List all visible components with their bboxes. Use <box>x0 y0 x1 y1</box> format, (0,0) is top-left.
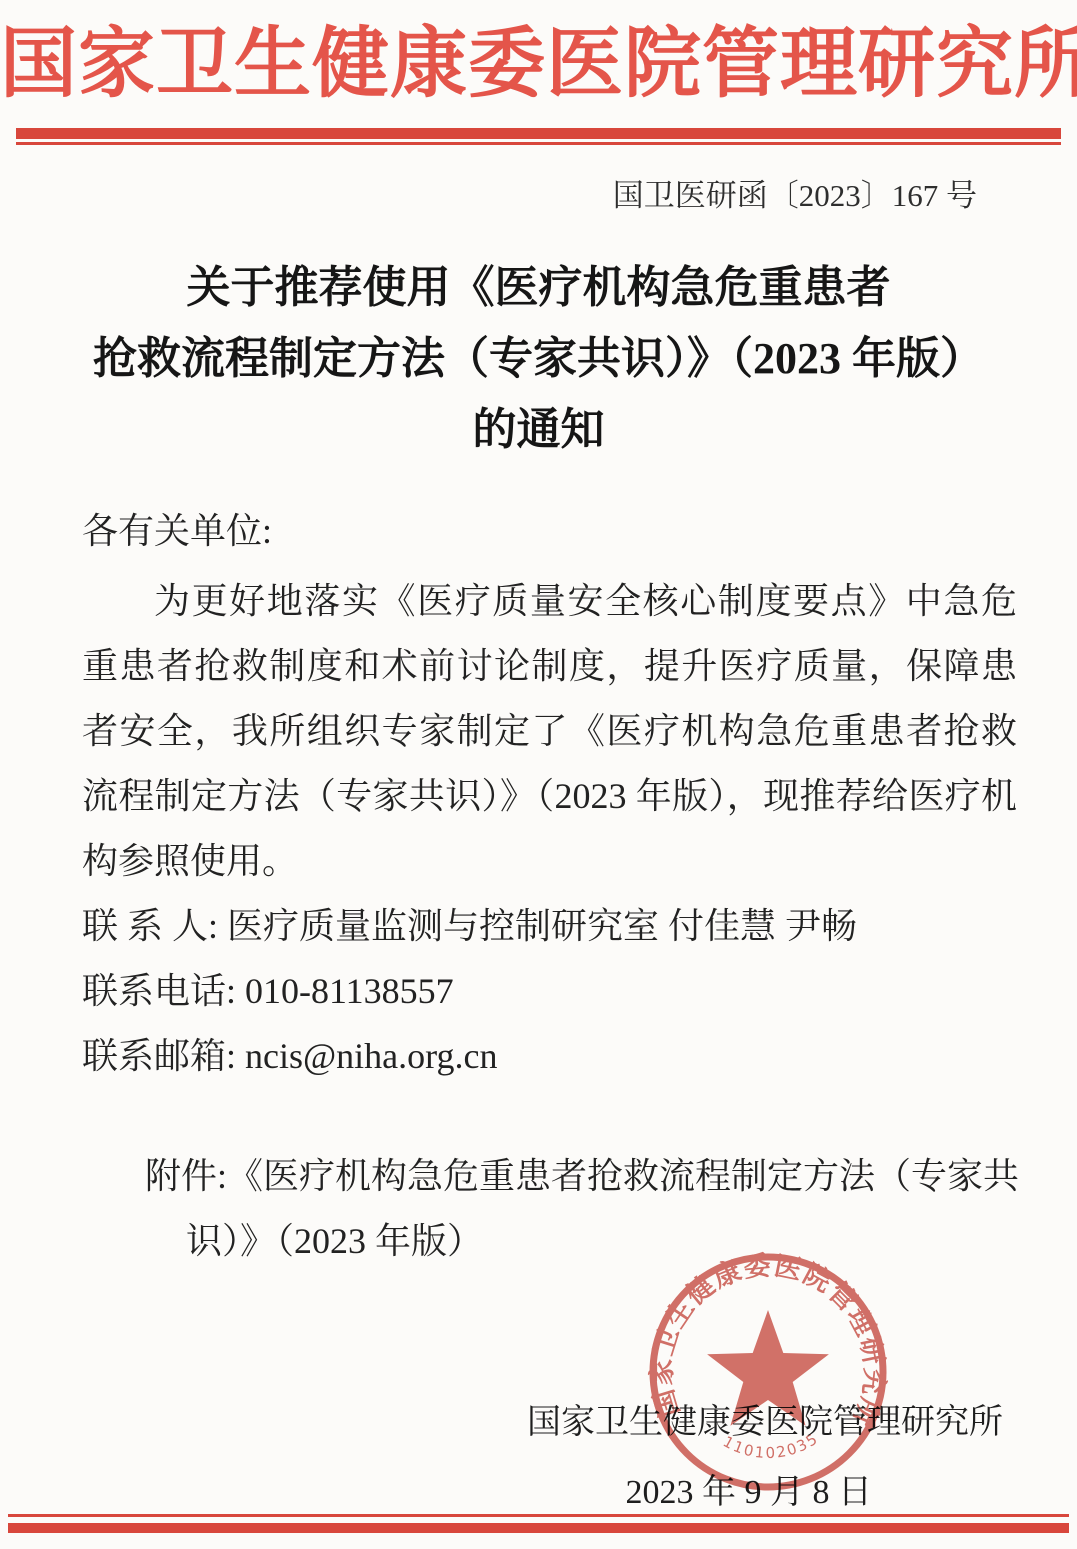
signature-org-name: 国家卫生健康委医院管理研究所 <box>0 1403 1077 1443</box>
divider-thin-line <box>16 142 1061 145</box>
main-paragraph: 为更好地落实《医疗质量安全核心制度要点》中急危重患者抢救制度和术前讨论制度，提升… <box>82 569 1017 894</box>
notice-title-line-2: 抢救流程制定方法（专家共识）》（2023 年版） <box>0 323 1077 394</box>
document-number: 国卫医研函〔2023〕167 号 <box>0 176 1077 216</box>
contact-phone: 联系电话: 010-81138557 <box>82 959 1017 1024</box>
letterhead-divider <box>16 128 1061 145</box>
signature-date: 2023 年 9 月 8 日 <box>0 1473 1077 1513</box>
attachment-label: 附件: <box>145 1156 227 1196</box>
contact-email: 联系邮箱: ncis@niha.org.cn <box>82 1024 1017 1089</box>
footer-divider <box>8 1514 1069 1533</box>
letterhead-org-name: 国家卫生健康委医院管理研究所 <box>0 18 1077 110</box>
official-notice-document: 国家卫生健康委医院管理研究所 国卫医研函〔2023〕167 号 关于推荐使用《医… <box>0 0 1077 1549</box>
notice-title: 关于推荐使用《医疗机构急危重患者 抢救流程制定方法（专家共识）》（2023 年版… <box>0 252 1077 465</box>
footer-thick-line <box>8 1523 1069 1533</box>
seal-ring <box>653 1257 883 1487</box>
notice-title-line-3: 的通知 <box>0 394 1077 465</box>
divider-thick-line <box>16 128 1061 139</box>
footer-thin-line <box>8 1514 1069 1517</box>
notice-title-line-1: 关于推荐使用《医疗机构急危重患者 <box>0 252 1077 323</box>
attachment-line: 附件:《医疗机构急危重患者抢救流程制定方法（专家共识）》（2023 年版） <box>82 1144 1045 1274</box>
salutation: 各有关单位: <box>82 499 1017 564</box>
notice-body: 各有关单位: 为更好地落实《医疗质量安全核心制度要点》中急危重患者抢救制度和术前… <box>0 499 1077 1274</box>
attachment-title: 《医疗机构急危重患者抢救流程制定方法（专家共识）》（2023 年版） <box>186 1156 1019 1261</box>
contact-person: 联 系 人: 医疗质量监测与控制研究室 付佳慧 尹畅 <box>82 894 1017 959</box>
